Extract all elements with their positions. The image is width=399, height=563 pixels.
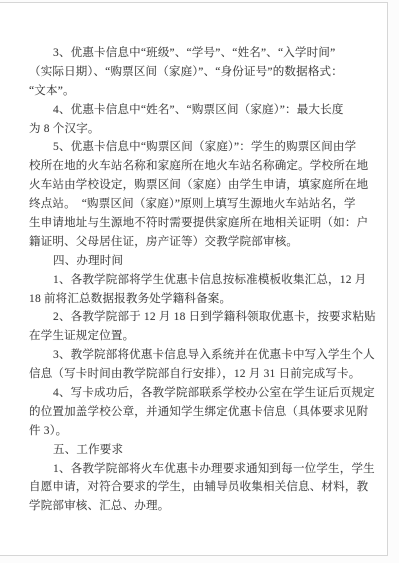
- text-line: 3、优惠卡信息中“班级”、“学号”、“姓名”、“入学时间”: [29, 44, 375, 63]
- text-line: 校所在地的火车站名称和家庭所在地火车站名称确定。学校所在地: [29, 157, 375, 176]
- text-line: 学院部审核、汇总、办理。: [29, 497, 375, 516]
- text-line: 火车站由学校设定，购票区间（家庭）由学生申请，填家庭所在地: [29, 176, 375, 195]
- text-line: 信息（写卡时间由教学院部自行安排），12 月 31 日前完成写卡。: [29, 365, 375, 384]
- text-line: “文本”。: [29, 82, 375, 101]
- text-line: （实际日期）、“购票区间（家庭）”、“身份证号”的数据格式：: [29, 63, 375, 82]
- text-line: 1、各教学院部将学生优惠卡信息按标准模板收集汇总，12 月: [29, 271, 375, 290]
- text-line: 生申请地址与生源地不符时需要提供家庭所在地相关证明（如：户: [29, 214, 375, 233]
- section-heading: 四、办理时间: [29, 252, 375, 271]
- text-line: 4、写卡成功后，各教学院部联系学校办公室在学生证后页规定: [29, 384, 375, 403]
- document-page: 3、优惠卡信息中“班级”、“学号”、“姓名”、“入学时间”（实际日期）、“购票区…: [0, 2, 388, 556]
- text-line: 件 3）。: [29, 422, 375, 441]
- text-line: 18 前将汇总数据报教务处学籍科备案。: [29, 290, 375, 309]
- section-heading: 五、工作要求: [29, 441, 375, 460]
- document-viewport: 3、优惠卡信息中“班级”、“学号”、“姓名”、“入学时间”（实际日期）、“购票区…: [0, 0, 399, 563]
- document-text-block: 3、优惠卡信息中“班级”、“学号”、“姓名”、“入学时间”（实际日期）、“购票区…: [29, 44, 375, 516]
- text-line: 5、优惠卡信息中“购票区间（家庭）”：学生的购票区间由学: [29, 138, 375, 157]
- text-line: 3、教学院部将优惠卡信息导入系统并在优惠卡中写入学生个人: [29, 346, 375, 365]
- text-line: 4、优惠卡信息中“姓名”、“购票区间（家庭）”：最大长度: [29, 101, 375, 120]
- text-line: 籍证明、父母居住证，房产证等）交教学院部审核。: [29, 233, 375, 252]
- text-line: 自愿申请，对符合要求的学生，由辅导员收集相关信息、材料，教: [29, 478, 375, 497]
- text-line: 1、各教学院部将火车优惠卡办理要求通知到每一位学生，学生: [29, 460, 375, 479]
- text-line: 为 8 个汉字。: [29, 120, 375, 139]
- text-line: 在学生证规定位置。: [29, 327, 375, 346]
- text-line: 的位置加盖学校公章，并通知学生绑定优惠卡信息（具体要求见附: [29, 403, 375, 422]
- text-line: 终点站。 “购票区间（家庭）”原则上填写生源地火车站站名，学: [29, 195, 375, 214]
- text-line: 2、各教学院部于 12 月 18 日到学籍科领取优惠卡，按要求粘贴: [29, 308, 375, 327]
